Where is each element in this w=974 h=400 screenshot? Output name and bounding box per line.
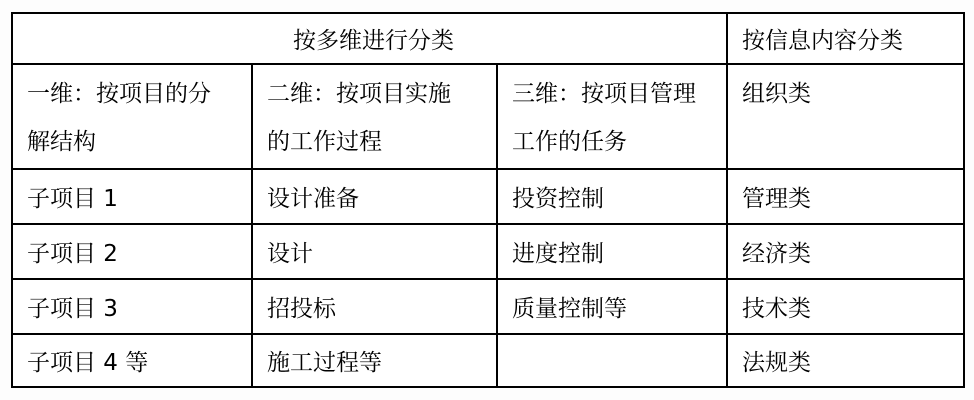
table-row: 子项目 3 招投标 质量控制等 技术类	[12, 279, 964, 334]
header-cell-multi-dimension: 按多维进行分类	[12, 13, 727, 64]
cell-design-preparation: 设计准备	[252, 169, 497, 224]
cell-regulation-category: 法规类	[727, 334, 964, 387]
header-cell-info-content: 按信息内容分类	[727, 13, 964, 64]
dimension-row: 一维：按项目的分 解结构 二维：按项目实施 的工作过程 三维：按项目管理 工作的…	[12, 64, 964, 169]
table-container: 按多维进行分类 按信息内容分类 一维：按项目的分 解结构 二维：按项目实施 的工…	[11, 12, 965, 388]
cell-design: 设计	[252, 224, 497, 279]
cell-dimension-1: 一维：按项目的分 解结构	[12, 64, 252, 169]
cell-bidding: 招投标	[252, 279, 497, 334]
cell-economic-category: 经济类	[727, 224, 964, 279]
cell-technical-category: 技术类	[727, 279, 964, 334]
dimension-1-line-1: 一维：按项目的分	[27, 70, 245, 118]
classification-table: 按多维进行分类 按信息内容分类 一维：按项目的分 解结构 二维：按项目实施 的工…	[11, 12, 965, 388]
cell-info-category-organization: 组织类	[727, 64, 964, 169]
cell-quality-control: 质量控制等	[497, 279, 727, 334]
cell-sub-project-3: 子项目 3	[12, 279, 252, 334]
info-category-organization-label: 组织类	[742, 70, 957, 118]
cell-construction-process: 施工过程等	[252, 334, 497, 387]
dimension-3-line-2: 工作的任务	[512, 118, 720, 166]
dimension-2-line-2: 的工作过程	[267, 118, 490, 166]
cell-dimension-2: 二维：按项目实施 的工作过程	[252, 64, 497, 169]
cell-sub-project-2: 子项目 2	[12, 224, 252, 279]
cell-management-category: 管理类	[727, 169, 964, 224]
table-row: 子项目 1 设计准备 投资控制 管理类	[12, 169, 964, 224]
table-row: 子项目 2 设计 进度控制 经济类	[12, 224, 964, 279]
dimension-2-line-1: 二维：按项目实施	[267, 70, 490, 118]
dimension-1-line-2: 解结构	[27, 118, 245, 166]
cell-dimension-3: 三维：按项目管理 工作的任务	[497, 64, 727, 169]
cell-sub-project-1: 子项目 1	[12, 169, 252, 224]
header-row: 按多维进行分类 按信息内容分类	[12, 13, 964, 64]
dimension-3-line-1: 三维：按项目管理	[512, 70, 720, 118]
cell-empty	[497, 334, 727, 387]
cell-investment-control: 投资控制	[497, 169, 727, 224]
table-row: 子项目 4 等 施工过程等 法规类	[12, 334, 964, 387]
cell-sub-project-4: 子项目 4 等	[12, 334, 252, 387]
cell-schedule-control: 进度控制	[497, 224, 727, 279]
